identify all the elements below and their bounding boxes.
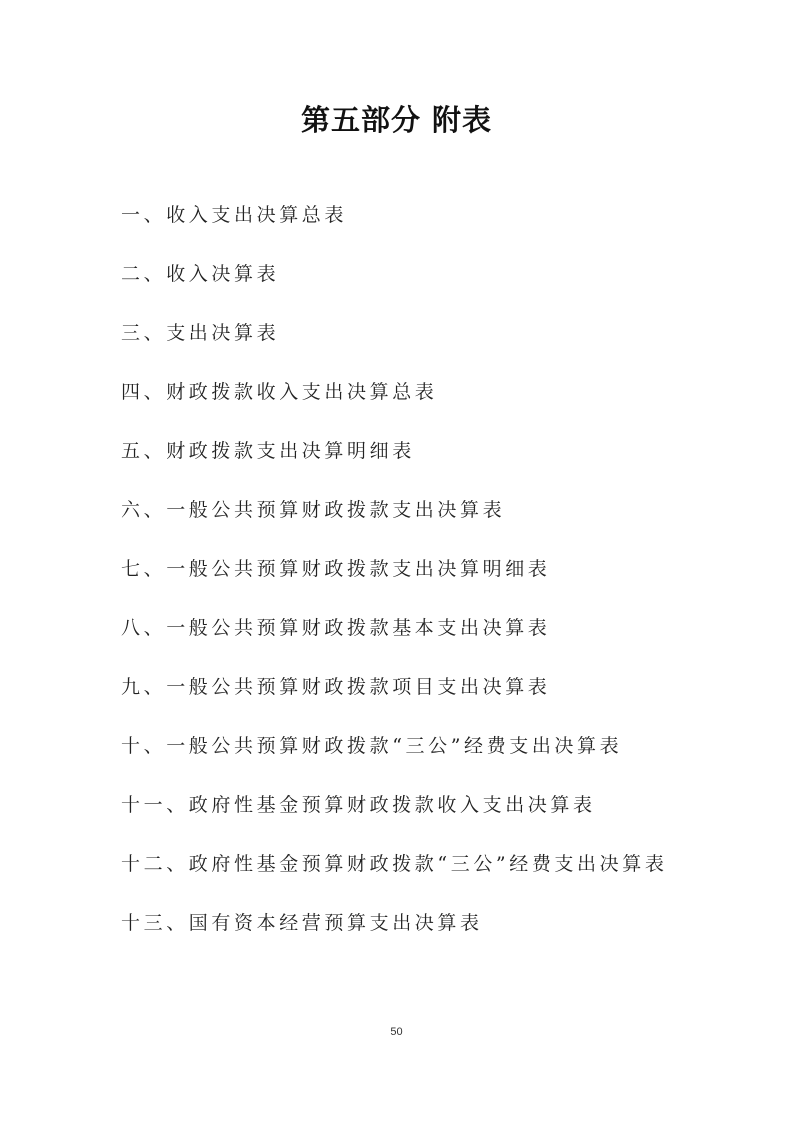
list-item-6: 六、一般公共预算财政拨款支出决算表 [121, 493, 667, 552]
list-item-5: 五、财政拨款支出决算明细表 [121, 434, 667, 493]
list-item-11: 十一、政府性基金预算财政拨款收入支出决算表 [121, 788, 667, 847]
list-item-2: 二、收入决算表 [121, 257, 667, 316]
page-number: 50 [0, 1026, 793, 1038]
list-item-9: 九、一般公共预算财政拨款项目支出决算表 [121, 670, 667, 729]
appendix-table-list: 一、收入支出决算总表 二、收入决算表 三、支出决算表 四、财政拨款收入支出决算总… [121, 198, 667, 965]
list-item-13: 十三、国有资本经营预算支出决算表 [121, 906, 667, 965]
list-item-3: 三、支出决算表 [121, 316, 667, 375]
list-item-10: 十、一般公共预算财政拨款“三公”经费支出决算表 [121, 729, 667, 788]
list-item-7: 七、一般公共预算财政拨款支出决算明细表 [121, 552, 667, 611]
list-item-12: 十二、政府性基金预算财政拨款“三公”经费支出决算表 [121, 847, 667, 906]
list-item-4: 四、财政拨款收入支出决算总表 [121, 375, 667, 434]
page-title: 第五部分 附表 [0, 98, 793, 139]
list-item-8: 八、一般公共预算财政拨款基本支出决算表 [121, 611, 667, 670]
list-item-1: 一、收入支出决算总表 [121, 198, 667, 257]
